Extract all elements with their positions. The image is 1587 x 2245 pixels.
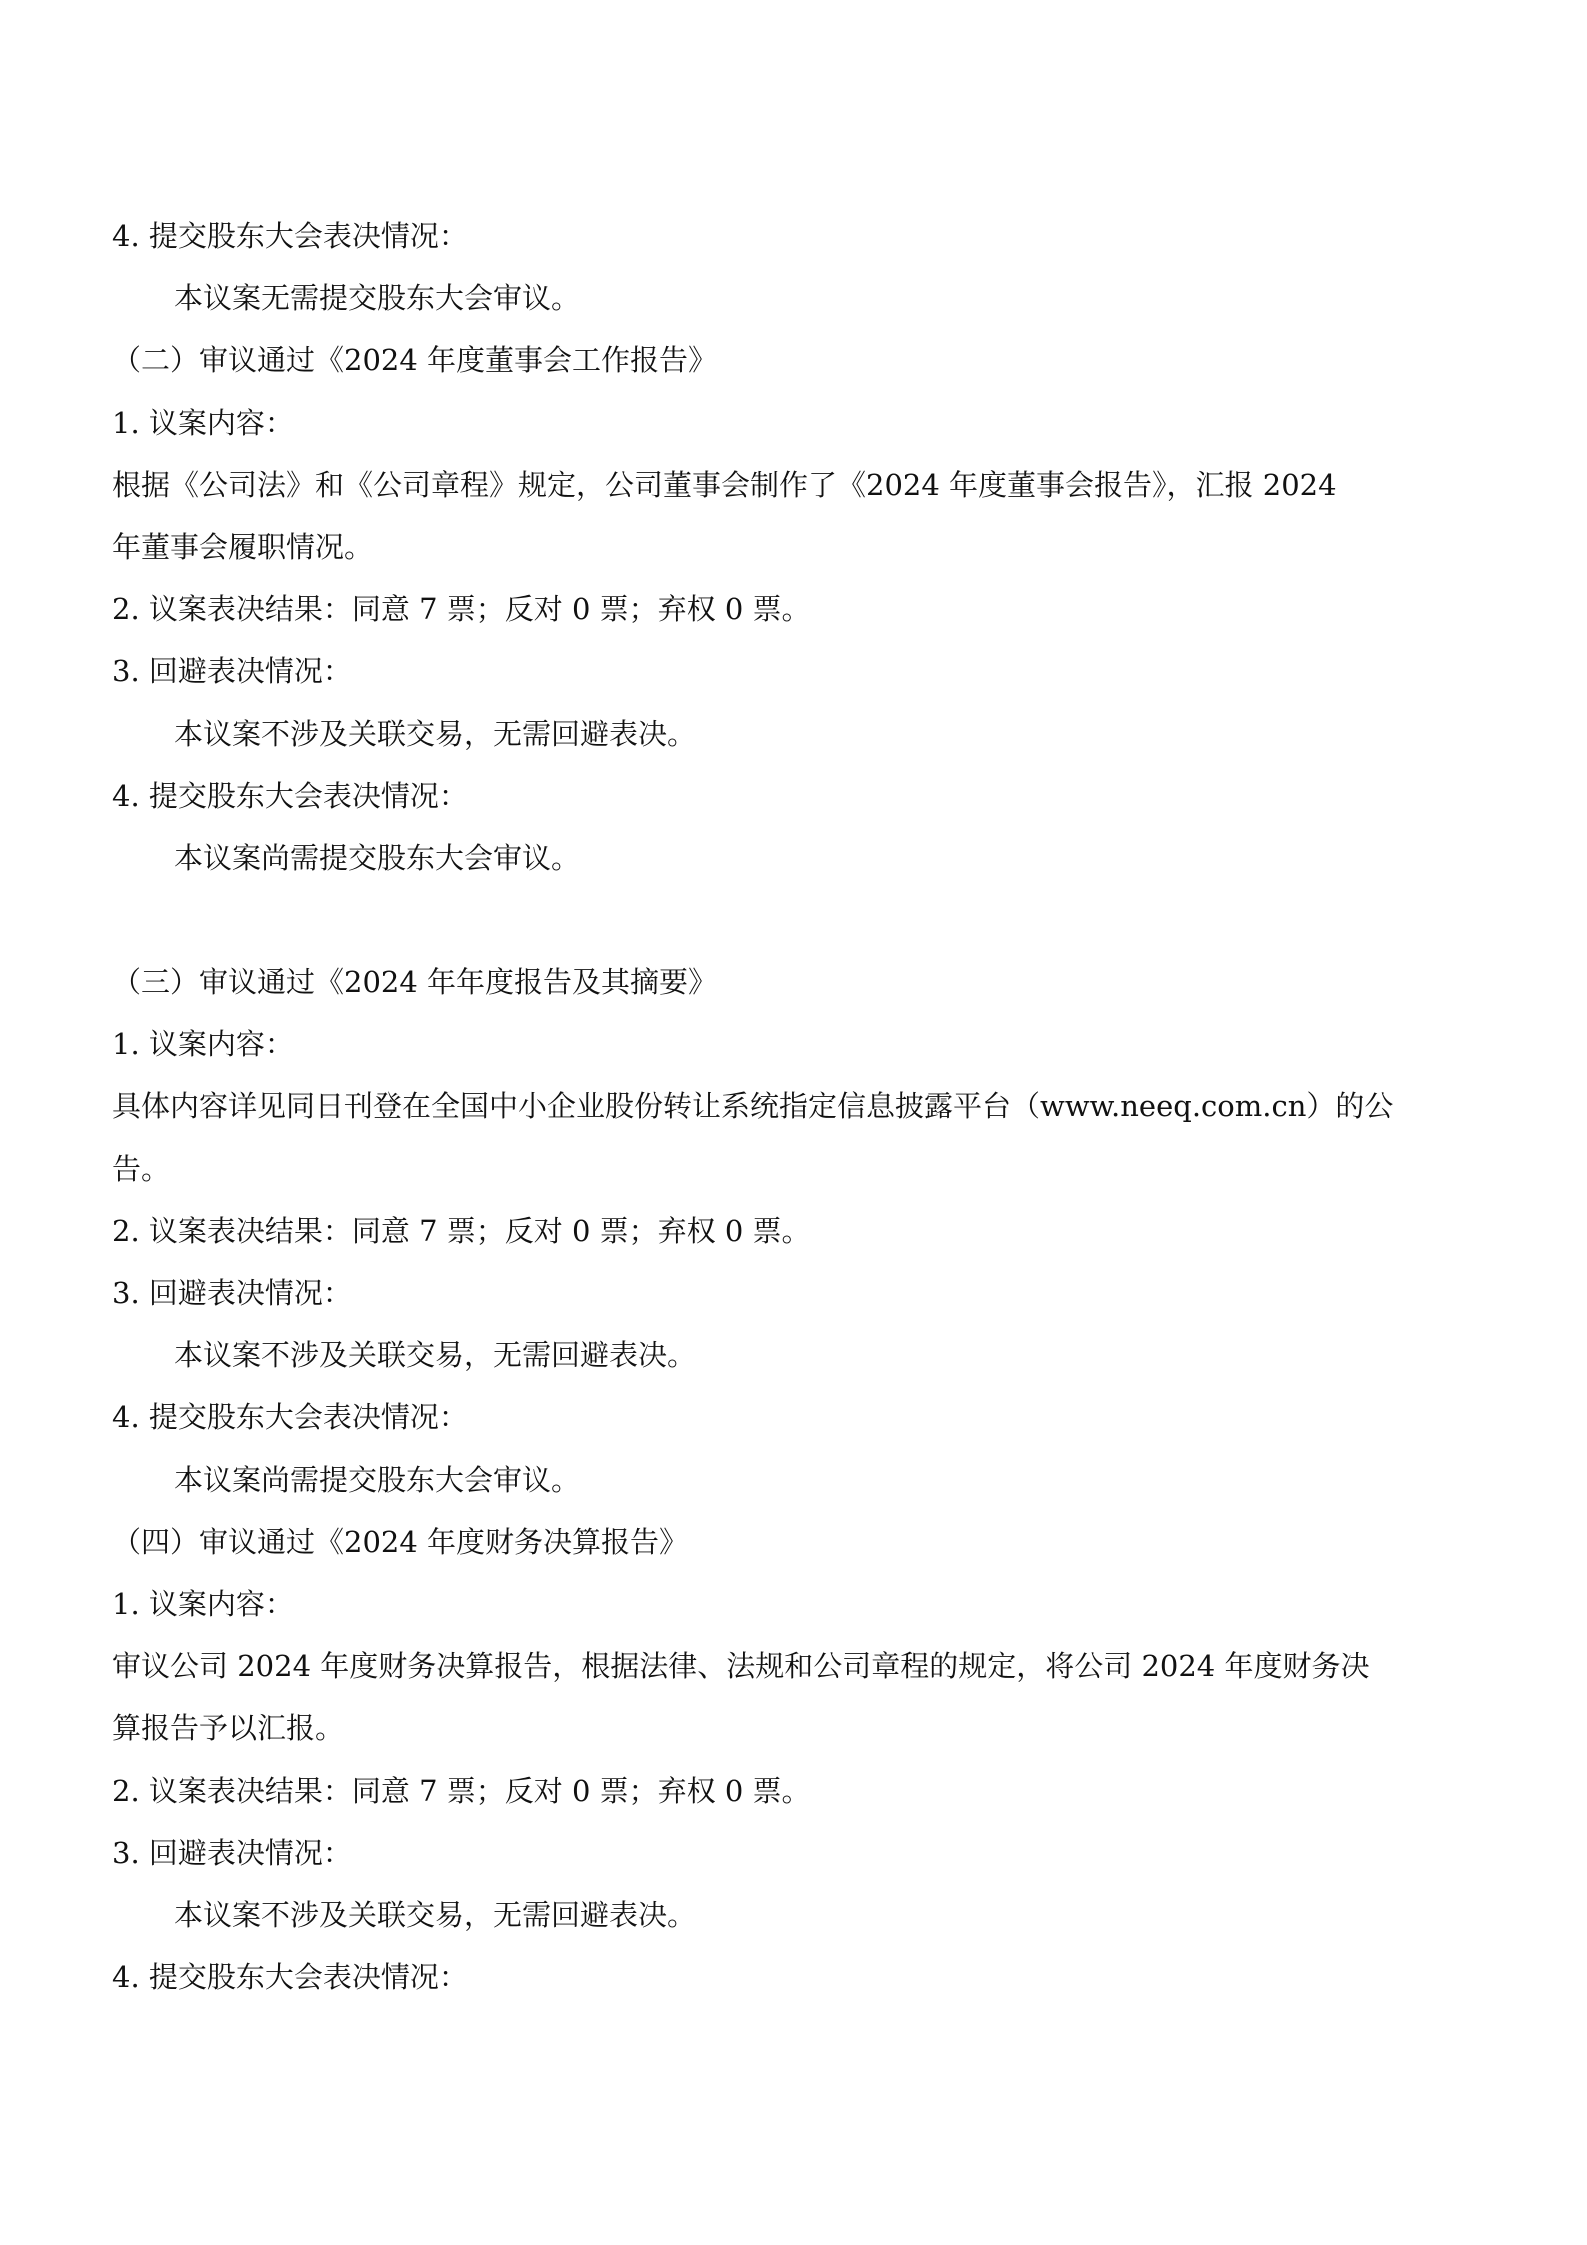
item-body-content-line1: 具体内容详见同日刊登在全国中小企业股份转让系统指定信息披露平台（www.neeq… [112,1075,1522,1137]
item-label-recusal: 3. 回避表决情况： [112,640,1522,702]
item-body-content-line1: 审议公司 2024 年度财务决算报告，根据法律、法规和公司章程的规定，将公司 2… [112,1635,1522,1697]
section-heading-4: （四）审议通过《2024 年度财务决算报告》 [112,1511,1522,1573]
item-body-recusal: 本议案不涉及关联交易，无需回避表决。 [112,1324,1522,1386]
item-vote-result: 2. 议案表决结果：同意 7 票；反对 0 票；弃权 0 票。 [112,1200,1522,1262]
item-label-content: 1. 议案内容： [112,392,1522,454]
item-body-content-line2: 算报告予以汇报。 [112,1697,1522,1759]
item-vote-result: 2. 议案表决结果：同意 7 票；反对 0 票；弃权 0 票。 [112,578,1522,640]
section-heading-2: （二）审议通过《2024 年度董事会工作报告》 [112,329,1522,391]
item-body-recusal: 本议案不涉及关联交易，无需回避表决。 [112,1884,1522,1946]
item-body-recusal: 本议案不涉及关联交易，无需回避表决。 [112,703,1522,765]
item-body-content-line1: 根据《公司法》和《公司章程》规定，公司董事会制作了《2024 年度董事会报告》，… [112,454,1522,516]
item-body-submit-shareholders: 本议案尚需提交股东大会审议。 [112,1449,1522,1511]
item-label-recusal: 3. 回避表决情况： [112,1262,1522,1324]
item-label-recusal: 3. 回避表决情况： [112,1822,1522,1884]
blank-line [112,889,1522,951]
item-label-submit-shareholders: 4. 提交股东大会表决情况： [112,1946,1522,2008]
item-vote-result: 2. 议案表决结果：同意 7 票；反对 0 票；弃权 0 票。 [112,1760,1522,1822]
item-body-content-line2: 年董事会履职情况。 [112,516,1522,578]
item-body-submit-shareholders: 本议案无需提交股东大会审议。 [112,267,1522,329]
item-label-submit-shareholders: 4. 提交股东大会表决情况： [112,205,1522,267]
item-label-submit-shareholders: 4. 提交股东大会表决情况： [112,1386,1522,1448]
item-label-content: 1. 议案内容： [112,1573,1522,1635]
item-label-submit-shareholders: 4. 提交股东大会表决情况： [112,765,1522,827]
item-label-content: 1. 议案内容： [112,1013,1522,1075]
item-body-submit-shareholders: 本议案尚需提交股东大会审议。 [112,827,1522,889]
item-body-content-line2: 告。 [112,1138,1522,1200]
section-heading-3: （三）审议通过《2024 年年度报告及其摘要》 [112,951,1522,1013]
document-page: 4. 提交股东大会表决情况： 本议案无需提交股东大会审议。 （二）审议通过《20… [112,205,1522,2008]
